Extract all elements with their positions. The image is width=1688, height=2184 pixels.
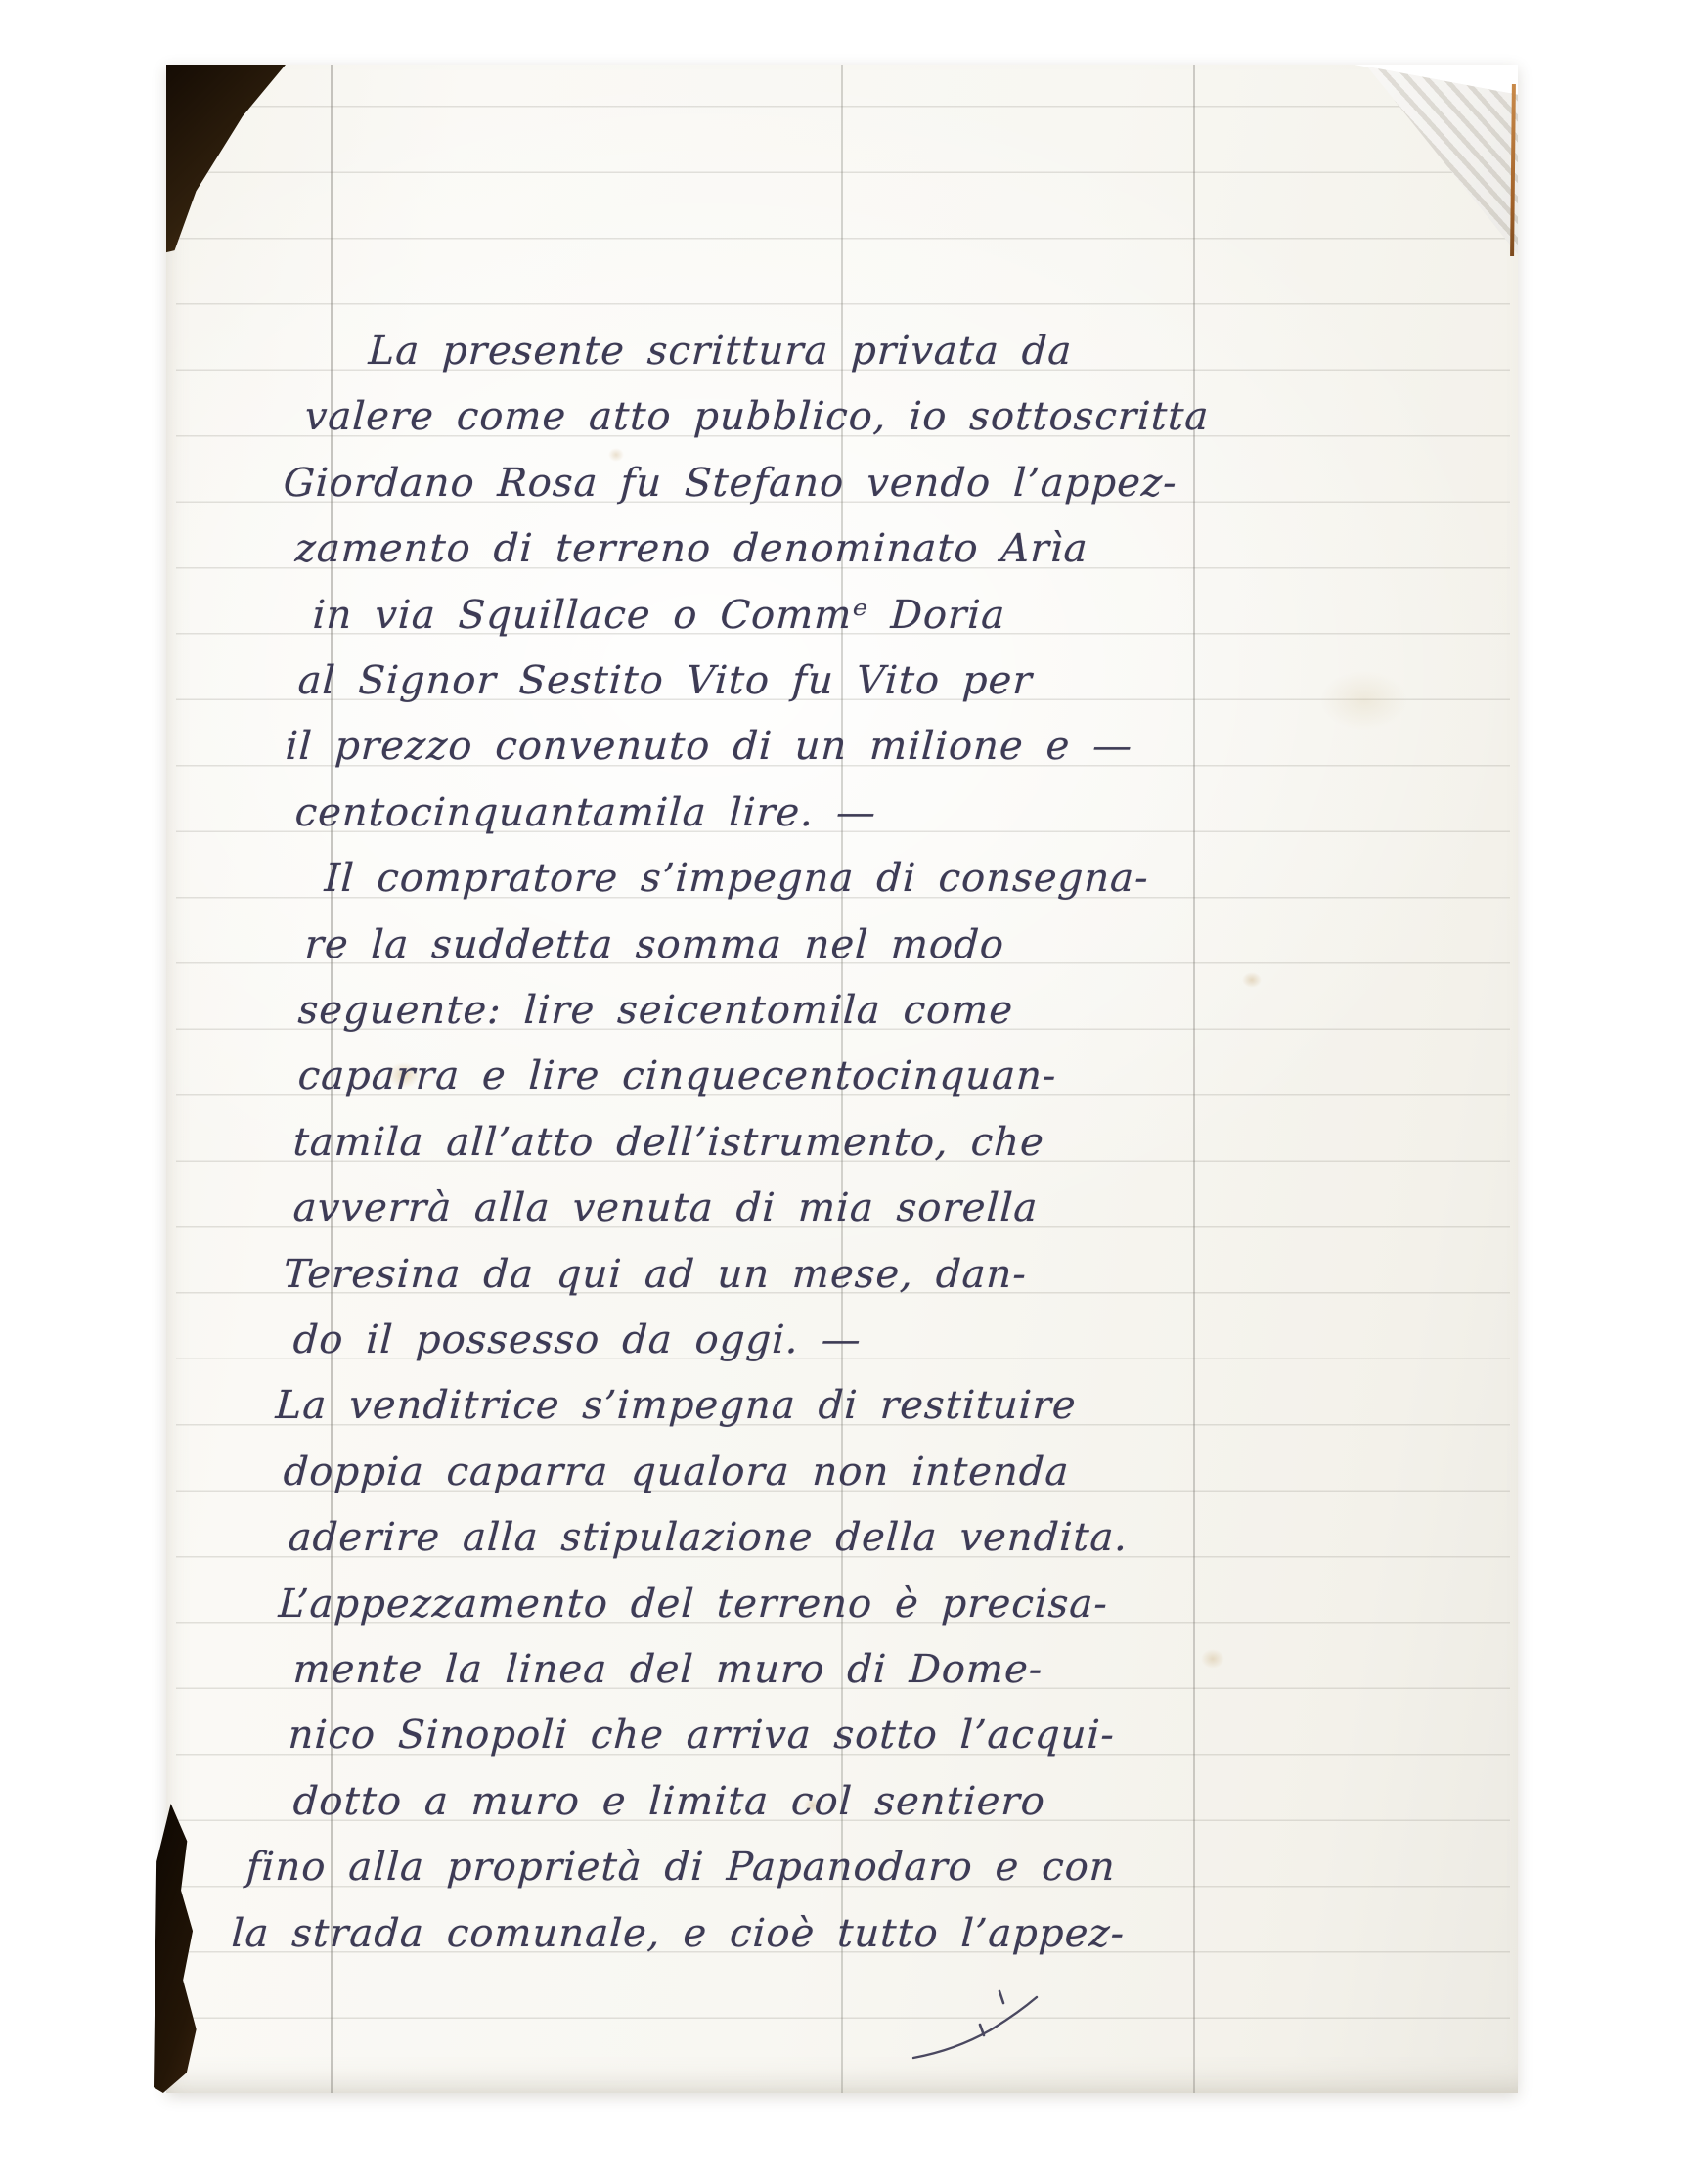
fold-crease-line-right (1193, 65, 1195, 2093)
ink-flourish (902, 1983, 1048, 2067)
handwritten-line: aderire alla stipulazione della vendita. (287, 1505, 1130, 1571)
handwritten-line: fino alla proprietà di Papanodaro e con (244, 1835, 1118, 1900)
handwritten-line: dotto a muro e limita col sentiero (291, 1769, 1047, 1835)
handwritten-line: mente la linea del muro di Dome- (291, 1637, 1044, 1703)
handwritten-line: do il possesso da oggi. — (291, 1308, 864, 1373)
handwritten-line: La presente scrittura privata da (367, 319, 1074, 384)
paper-stain (1201, 1649, 1224, 1669)
handwritten-line: re la suddetta somma nel modo (303, 913, 1006, 978)
handwritten-line: Il compratore s’impegna di consegna- (323, 846, 1151, 912)
handwritten-line: nico Sinopoli che arriva sotto l’acqui- (287, 1703, 1117, 1768)
handwritten-line: avverrà alla venuta di mia sorella (291, 1176, 1040, 1241)
paper-stain (1242, 972, 1262, 988)
handwritten-line: tamila all’atto dell’istrumento, che (291, 1110, 1046, 1176)
handwritten-line: caparra e lire cinquecentocinquan- (296, 1044, 1058, 1109)
handwritten-line: Teresina da qui ad un mese, dan- (282, 1242, 1029, 1308)
handwritten-line: al Signor Sestito Vito fu Vito per (296, 648, 1034, 714)
handwritten-line: in via Squillace o Commᵉ Doria (311, 583, 1007, 648)
handwritten-line: seguente: lire seicentomila come (296, 978, 1015, 1044)
handwritten-line: valere come atto pubblico, io sottoscrit… (303, 384, 1211, 450)
handwritten-line: La venditrice s’impegna di restituire (274, 1373, 1078, 1439)
paper-stain (1320, 671, 1408, 730)
handwritten-line: doppia caparra qualora non intenda (282, 1440, 1071, 1505)
handwritten-line: il prezzo convenuto di un milione e — (284, 714, 1134, 780)
handwritten-line: Giordano Rosa fu Stefano vendo l’appez- (282, 451, 1179, 516)
handwritten-line: L’appezzamento del terreno è precisa- (277, 1572, 1110, 1637)
handwritten-line: la strada comunale, e cioè tutto l’appez… (230, 1901, 1127, 1967)
paper-sheet: La presente scrittura privata da valere … (166, 65, 1518, 2093)
document-scan: La presente scrittura privata da valere … (0, 0, 1688, 2184)
handwritten-line: centocinquantamila lire. — (293, 780, 878, 846)
handwritten-line: zamento di terreno denominato Arìa (293, 516, 1089, 582)
